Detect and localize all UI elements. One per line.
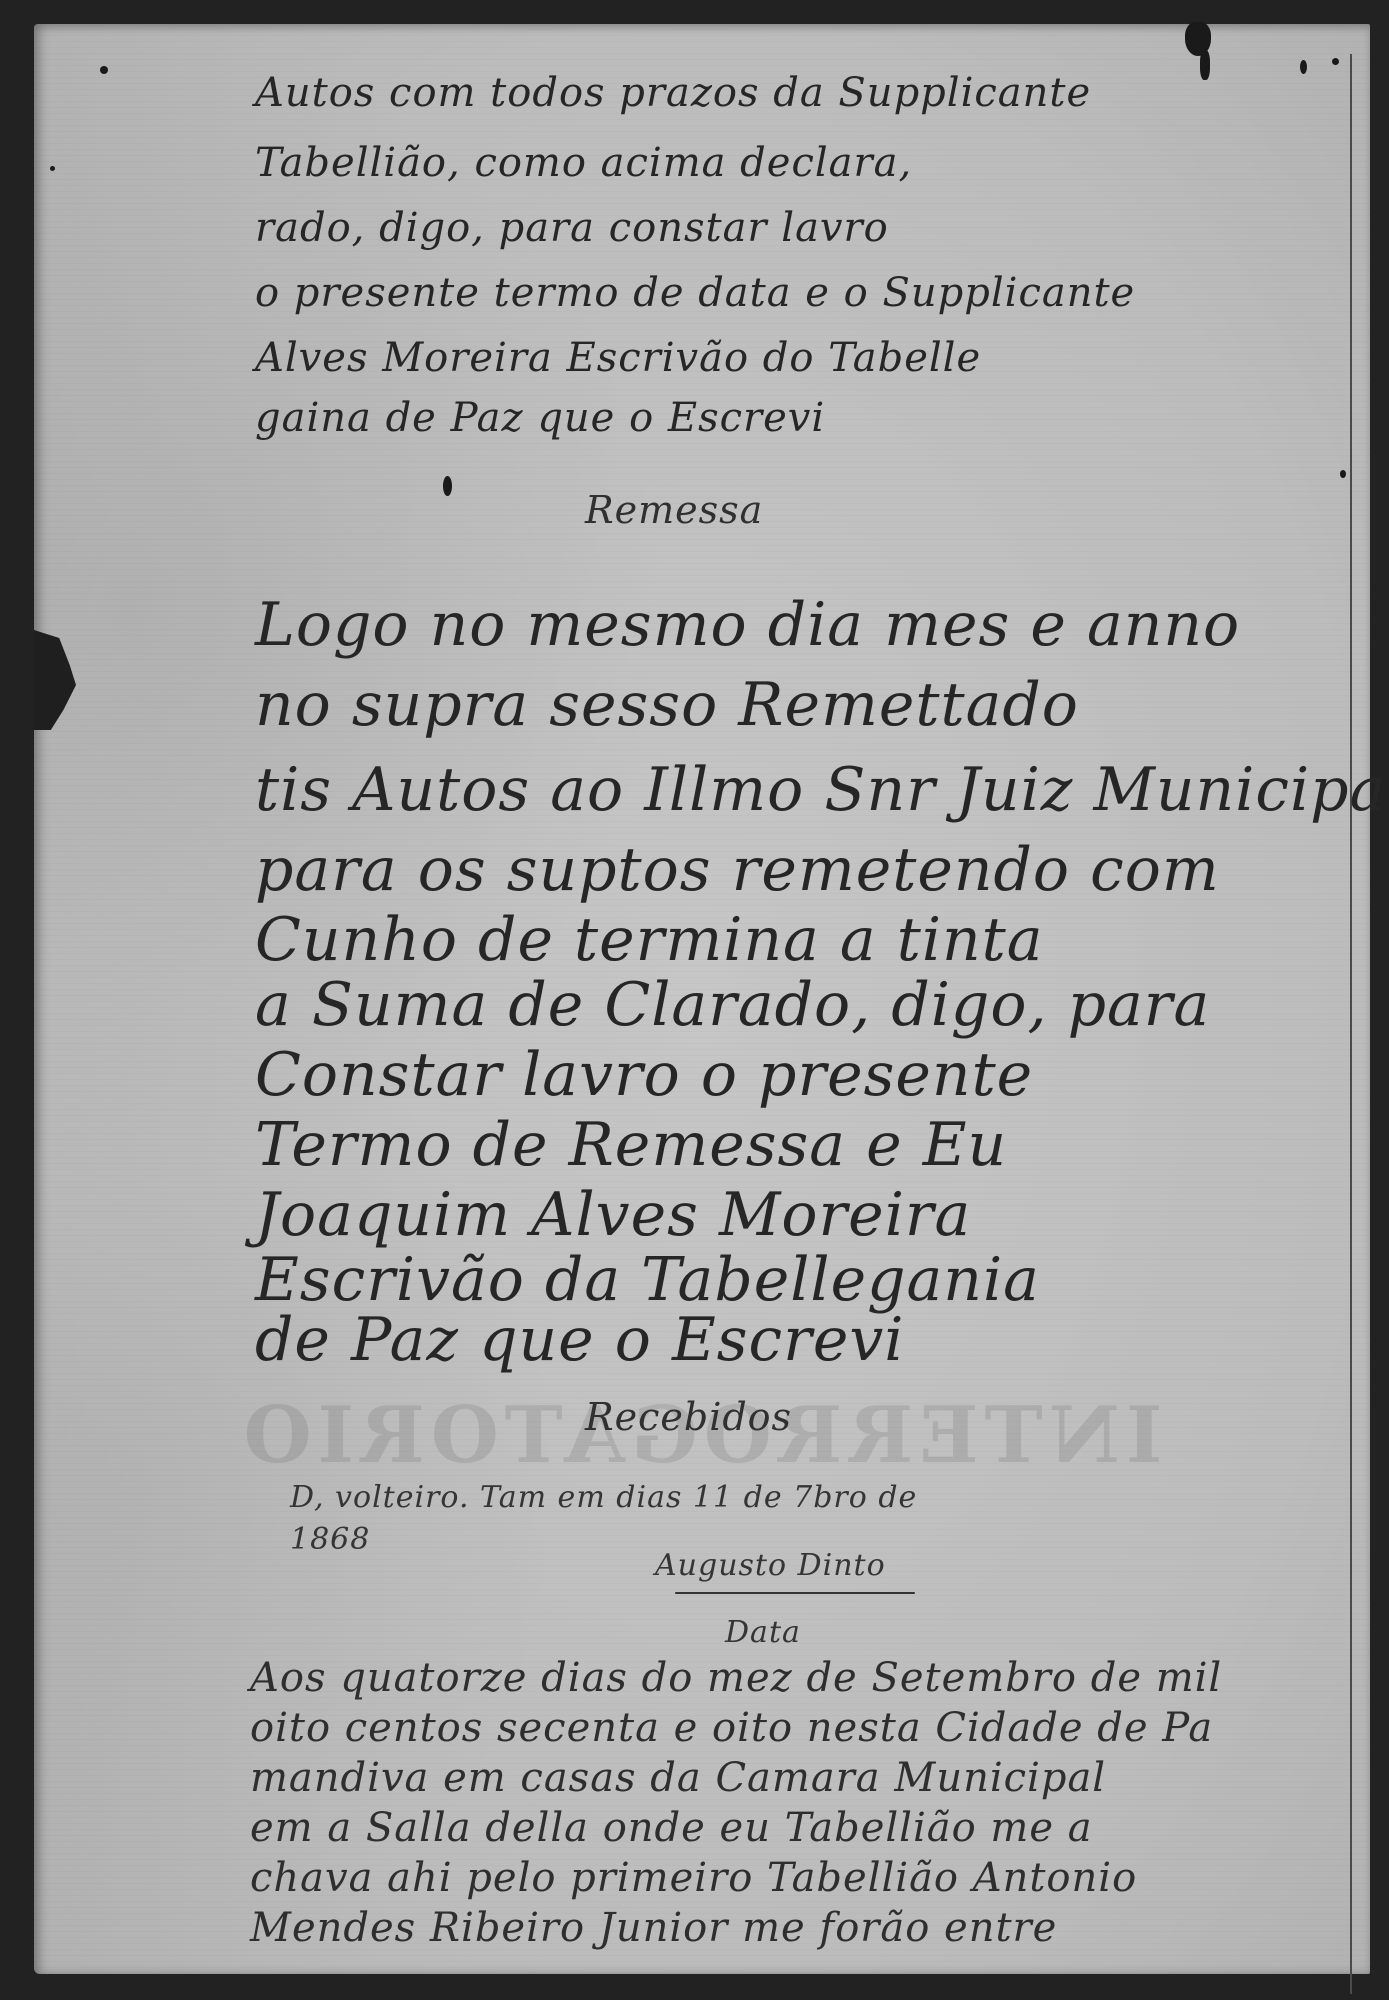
- ink-blot: [443, 476, 452, 496]
- text-line: rado, digo, para constar lavro: [255, 205, 889, 251]
- text-line: Alves Moreira Escrivão do Tabelle: [255, 335, 981, 381]
- text-line: Joaquim Alves Moreira: [255, 1180, 971, 1250]
- text-line: Tabellião, como acima declara,: [255, 140, 912, 186]
- text-line: a Suma de Clarado, digo, para: [255, 970, 1210, 1040]
- signature: Augusto Dinto: [655, 1548, 886, 1583]
- section-heading-data: Data: [725, 1615, 801, 1650]
- ink-blot: [50, 166, 55, 171]
- text-line: mandiva em casas da Camara Municipal: [250, 1755, 1106, 1801]
- section-heading-remessa: Remessa: [585, 488, 763, 532]
- text-line: Logo no mesmo dia mes e anno: [255, 590, 1240, 660]
- text-line: Autos com todos prazos da Supplicante: [255, 70, 1091, 116]
- ink-blot: [100, 66, 108, 74]
- text-line: Termo de Remessa e Eu: [255, 1110, 1007, 1180]
- ink-blot: [1200, 50, 1210, 80]
- ink-blot: [1332, 58, 1339, 65]
- text-line: em a Salla della onde eu Tabellião me a: [250, 1805, 1093, 1851]
- annotation-year: 1868: [290, 1522, 370, 1557]
- text-line: no supra sesso Remettado: [255, 670, 1079, 740]
- text-line: gaina de Paz que o Escrevi: [255, 395, 825, 441]
- text-line: oito centos secenta e oito nesta Cidade …: [250, 1705, 1213, 1751]
- text-line: o presente termo de data e o Supplicante: [255, 270, 1135, 316]
- text-line: de Paz que o Escrevi: [255, 1305, 904, 1375]
- text-line: Aos quatorze dias do mez de Setembro de …: [250, 1655, 1222, 1701]
- text-line: tis Autos ao Illmo Snr Juiz Municipal: [255, 755, 1389, 825]
- annotation-line: D, volteiro. Tam em dias 11 de 7bro de: [290, 1480, 917, 1515]
- section-heading-recebidos: Recebidos: [585, 1395, 792, 1439]
- text-line: Mendes Ribeiro Junior me forão entre: [250, 1905, 1057, 1951]
- ink-blot: [1300, 60, 1307, 74]
- text-line: Constar lavro o presente: [255, 1040, 1033, 1110]
- text-line: Cunho de termina a tinta: [255, 905, 1044, 975]
- signature-flourish: [675, 1592, 915, 1594]
- page-edge: [1350, 54, 1352, 1994]
- ink-blot: [1340, 470, 1346, 478]
- text-line: para os suptos remetendo com: [255, 835, 1220, 905]
- text-line: chava ahi pelo primeiro Tabellião Antoni…: [250, 1855, 1137, 1901]
